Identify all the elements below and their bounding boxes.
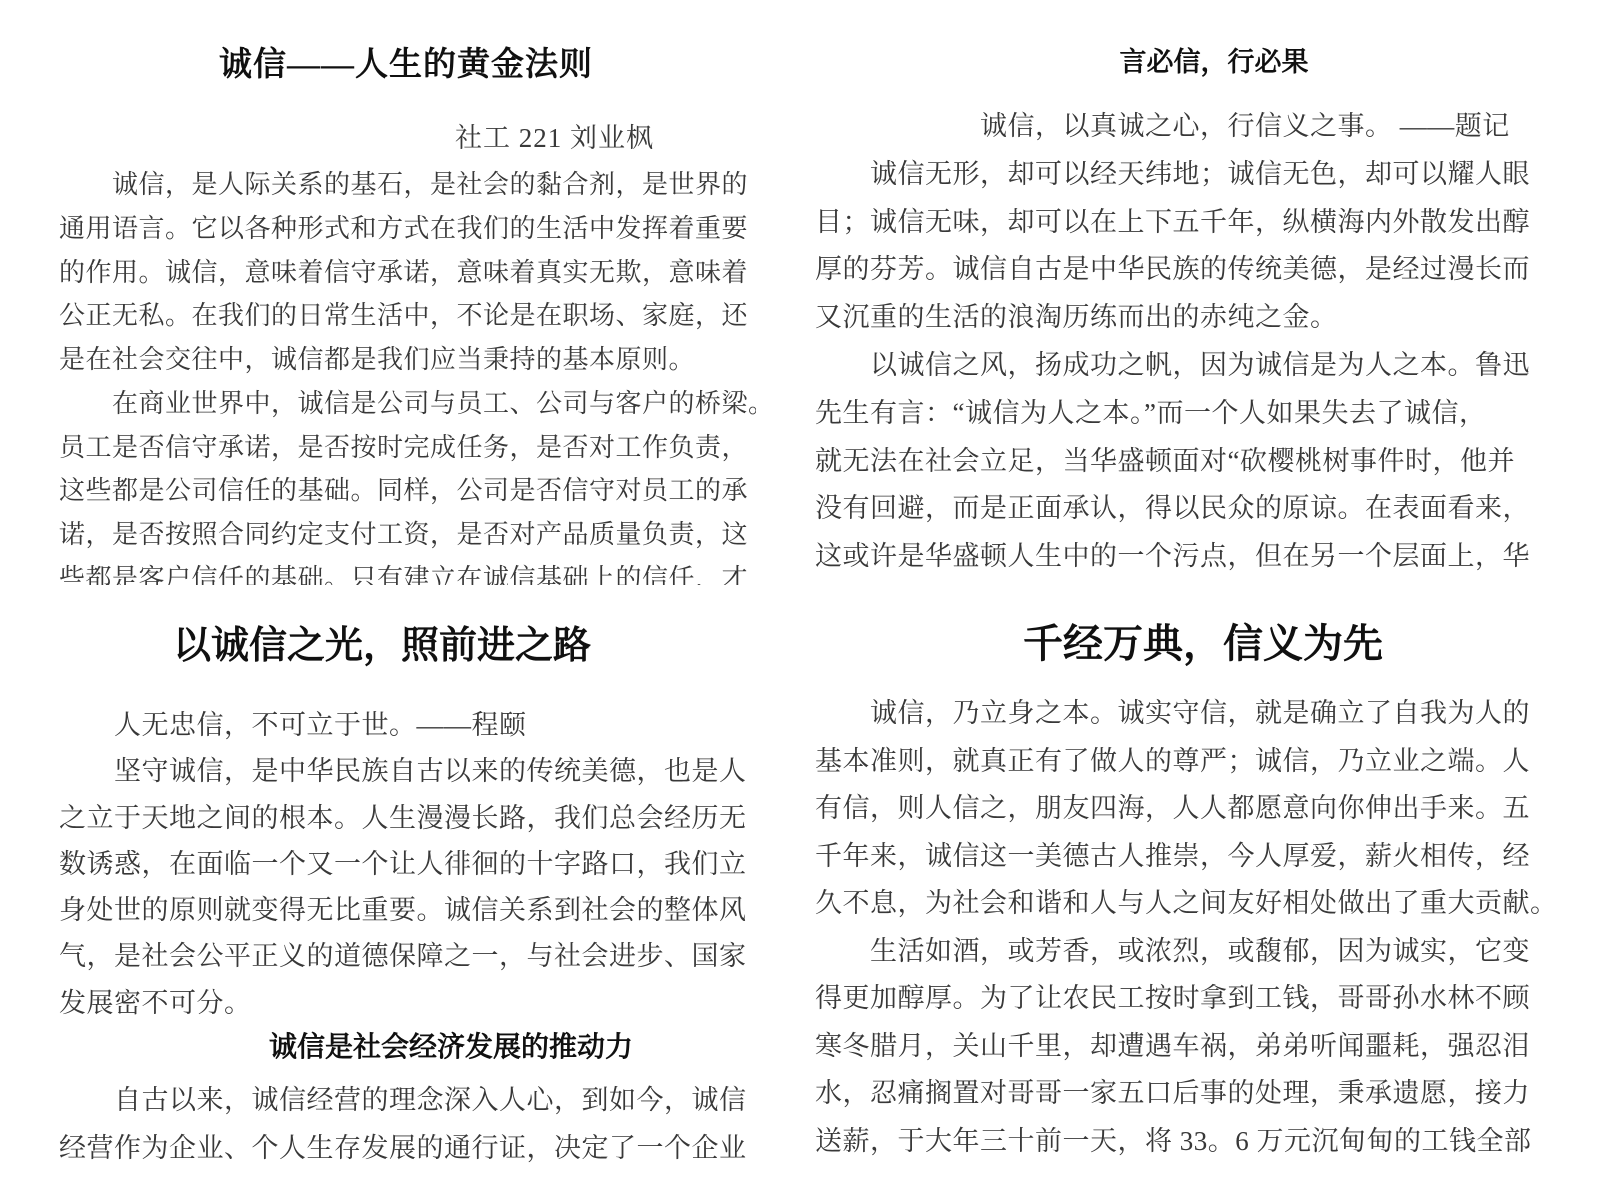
text-line: 人无忠信，不可立于世。——程颐 [59, 702, 753, 748]
article-subheading: 诚信是社会经济发展的推动力 [56, 1025, 756, 1065]
text-line: 的作用。诚信，意味着信守承诺，意味着真实无欺，意味着 [59, 251, 753, 295]
article-body: 人无忠信，不可立于世。——程颐 坚守诚信，是中华民族自古以来的传统美德，也是人之… [59, 702, 753, 1026]
text-line: 坚守诚信，是中华民族自古以来的传统美德，也是人 [59, 748, 753, 794]
article-title: 以诚信之光，照前进之路 [56, 614, 756, 669]
text-line: 得更加醇厚。为了让农民工按时拿到工钱，哥哥孙水林不顾 [815, 975, 1555, 1023]
text-line: 久不息，为社会和谐和人与人之间友好相处做出了重大贡献。 [815, 880, 1555, 928]
scanned-document-page: { "page": { "background": "#ffffff", "te… [0, 0, 1600, 1200]
article-title: 诚信——人生的黄金法则 [56, 38, 756, 85]
article-body: 诚信，是人际关系的基石，是社会的黏合剂，是世界的通用语言。它以各种形式和方式在我… [59, 163, 753, 585]
text-line: 水，忍痛搁置对哥哥一家五口后事的处理，秉承遗愿，接力 [815, 1070, 1555, 1118]
text-line: 就无法在社会立足，当华盛顿面对“砍樱桃树事件时，他并 [815, 438, 1537, 486]
text-line: 有信，则人信之，朋友四海，人人都愿意向你伸出手来。五 [815, 785, 1555, 833]
text-line: 数诱惑，在面临一个又一个让人徘徊的十字路口，我们立 [59, 841, 753, 887]
article-thousand-classics: 千经万典，信义为先 诚信，乃立身之本。诚实守信，就是确立了自我为人的基本准则，就… [812, 600, 1600, 1200]
text-line: 诚信无形，却可以经天纬地；诚信无色，却可以耀人眼 [815, 151, 1537, 199]
text-line: 生活如酒，或芳香，或浓烈，或馥郁，因为诚实，它变 [815, 928, 1555, 976]
article-yan-bi-xin: 言必信，行必果 诚信，以真诚之心，行信义之事。 ——题记 诚信无形，却可以经天纬… [812, 0, 1560, 600]
text-line: 没有回避，而是正面承认，得以民众的原谅。在表面看来， [815, 485, 1537, 533]
text-line: 员工是否信守承诺，是否按时完成任务，是否对工作负责， [59, 426, 753, 470]
article-body: 诚信，以真诚之心，行信义之事。 ——题记 诚信无形，却可以经天纬地；诚信无色，却… [815, 103, 1537, 581]
text-line: 公正无私。在我们的日常生活中，不论是在职场、家庭，还 [59, 294, 753, 338]
article-title: 千经万典，信义为先 [812, 612, 1560, 669]
text-line: 诺，是否按照合同约定支付工资，是否对产品质量负责，这 [59, 513, 753, 557]
text-line: 这或许是华盛顿人生中的一个污点，但在另一个层面上，华 [815, 533, 1537, 581]
text-line: 通用语言。它以各种形式和方式在我们的生活中发挥着重要 [59, 207, 753, 251]
text-line: 寒冬腊月，关山千里，却遭遇车祸，弟弟听闻噩耗，强忍泪 [815, 1023, 1555, 1071]
text-line: 是在社会交往中，诚信都是我们应当秉持的基本原则。 [59, 338, 753, 382]
text-line: 先生有言：“诚信为人之本。”而一个人如果失去了诚信， [815, 390, 1537, 438]
article-golden-rule: 诚信——人生的黄金法则 社工 221 刘业枫 诚信，是人际关系的基石，是社会的黏… [56, 0, 756, 585]
text-line: 目；诚信无味，却可以在上下五千年，纵横海内外散发出醇 [815, 199, 1537, 247]
article-byline: 社工 221 刘业枫 [455, 116, 654, 155]
text-line: 以诚信之风，扬成功之帆，因为诚信是为人之本。鲁迅 [815, 342, 1537, 390]
text-line: 气，是社会公平正义的道德保障之一，与社会进步、国家 [59, 933, 753, 979]
text-line: 发展密不可分。 [59, 980, 753, 1026]
text-line: 身处世的原则就变得无比重要。诚信关系到社会的整体风 [59, 887, 753, 933]
text-line: 厚的芬芳。诚信自古是中华民族的传统美德，是经过漫长而 [815, 246, 1537, 294]
text-line: 经营作为企业、个人生存发展的通行证，决定了一个企业 [59, 1124, 753, 1172]
article-light-of-integrity: 以诚信之光，照前进之路 人无忠信，不可立于世。——程颐 坚守诚信，是中华民族自古… [56, 600, 756, 1200]
text-line: 诚信，是人际关系的基石，是社会的黏合剂，是世界的 [59, 163, 753, 207]
text-line: 基本准则，就真正有了做人的尊严；诚信，乃立业之端。人 [815, 738, 1555, 786]
text-line: 在商业世界中，诚信是公司与员工、公司与客户的桥梁。 [59, 382, 753, 426]
text-line: 之立于天地之间的根本。人生漫漫长路，我们总会经历无 [59, 795, 753, 841]
article-body-continued: 自古以来，诚信经营的理念深入人心，到如今，诚信经营作为企业、个人生存发展的通行证… [59, 1076, 753, 1172]
text-line: 千年来，诚信这一美德古人推崇，今人厚爱，薪火相传，经 [815, 833, 1555, 881]
article-body: 诚信，乃立身之本。诚实守信，就是确立了自我为人的基本准则，就真正有了做人的尊严；… [815, 690, 1555, 1165]
text-line: 这些都是公司信任的基础。同样，公司是否信守对员工的承 [59, 469, 753, 513]
text-line: 诚信，乃立身之本。诚实守信，就是确立了自我为人的 [815, 690, 1555, 738]
text-line: 又沉重的生活的浪淘历练而出的赤纯之金。 [815, 294, 1537, 342]
text-line: 诚信，以真诚之心，行信义之事。 ——题记 [815, 103, 1537, 151]
text-line: 送薪，于大年三十前一天，将 33。6 万元沉甸甸的工钱全部 [815, 1118, 1555, 1166]
text-line: 些都是客户信任的基础。只有建立在诚信基础上的信任，才 [59, 557, 753, 585]
article-title: 言必信，行必果 [812, 40, 1560, 79]
text-line: 自古以来，诚信经营的理念深入人心，到如今，诚信 [59, 1076, 753, 1124]
